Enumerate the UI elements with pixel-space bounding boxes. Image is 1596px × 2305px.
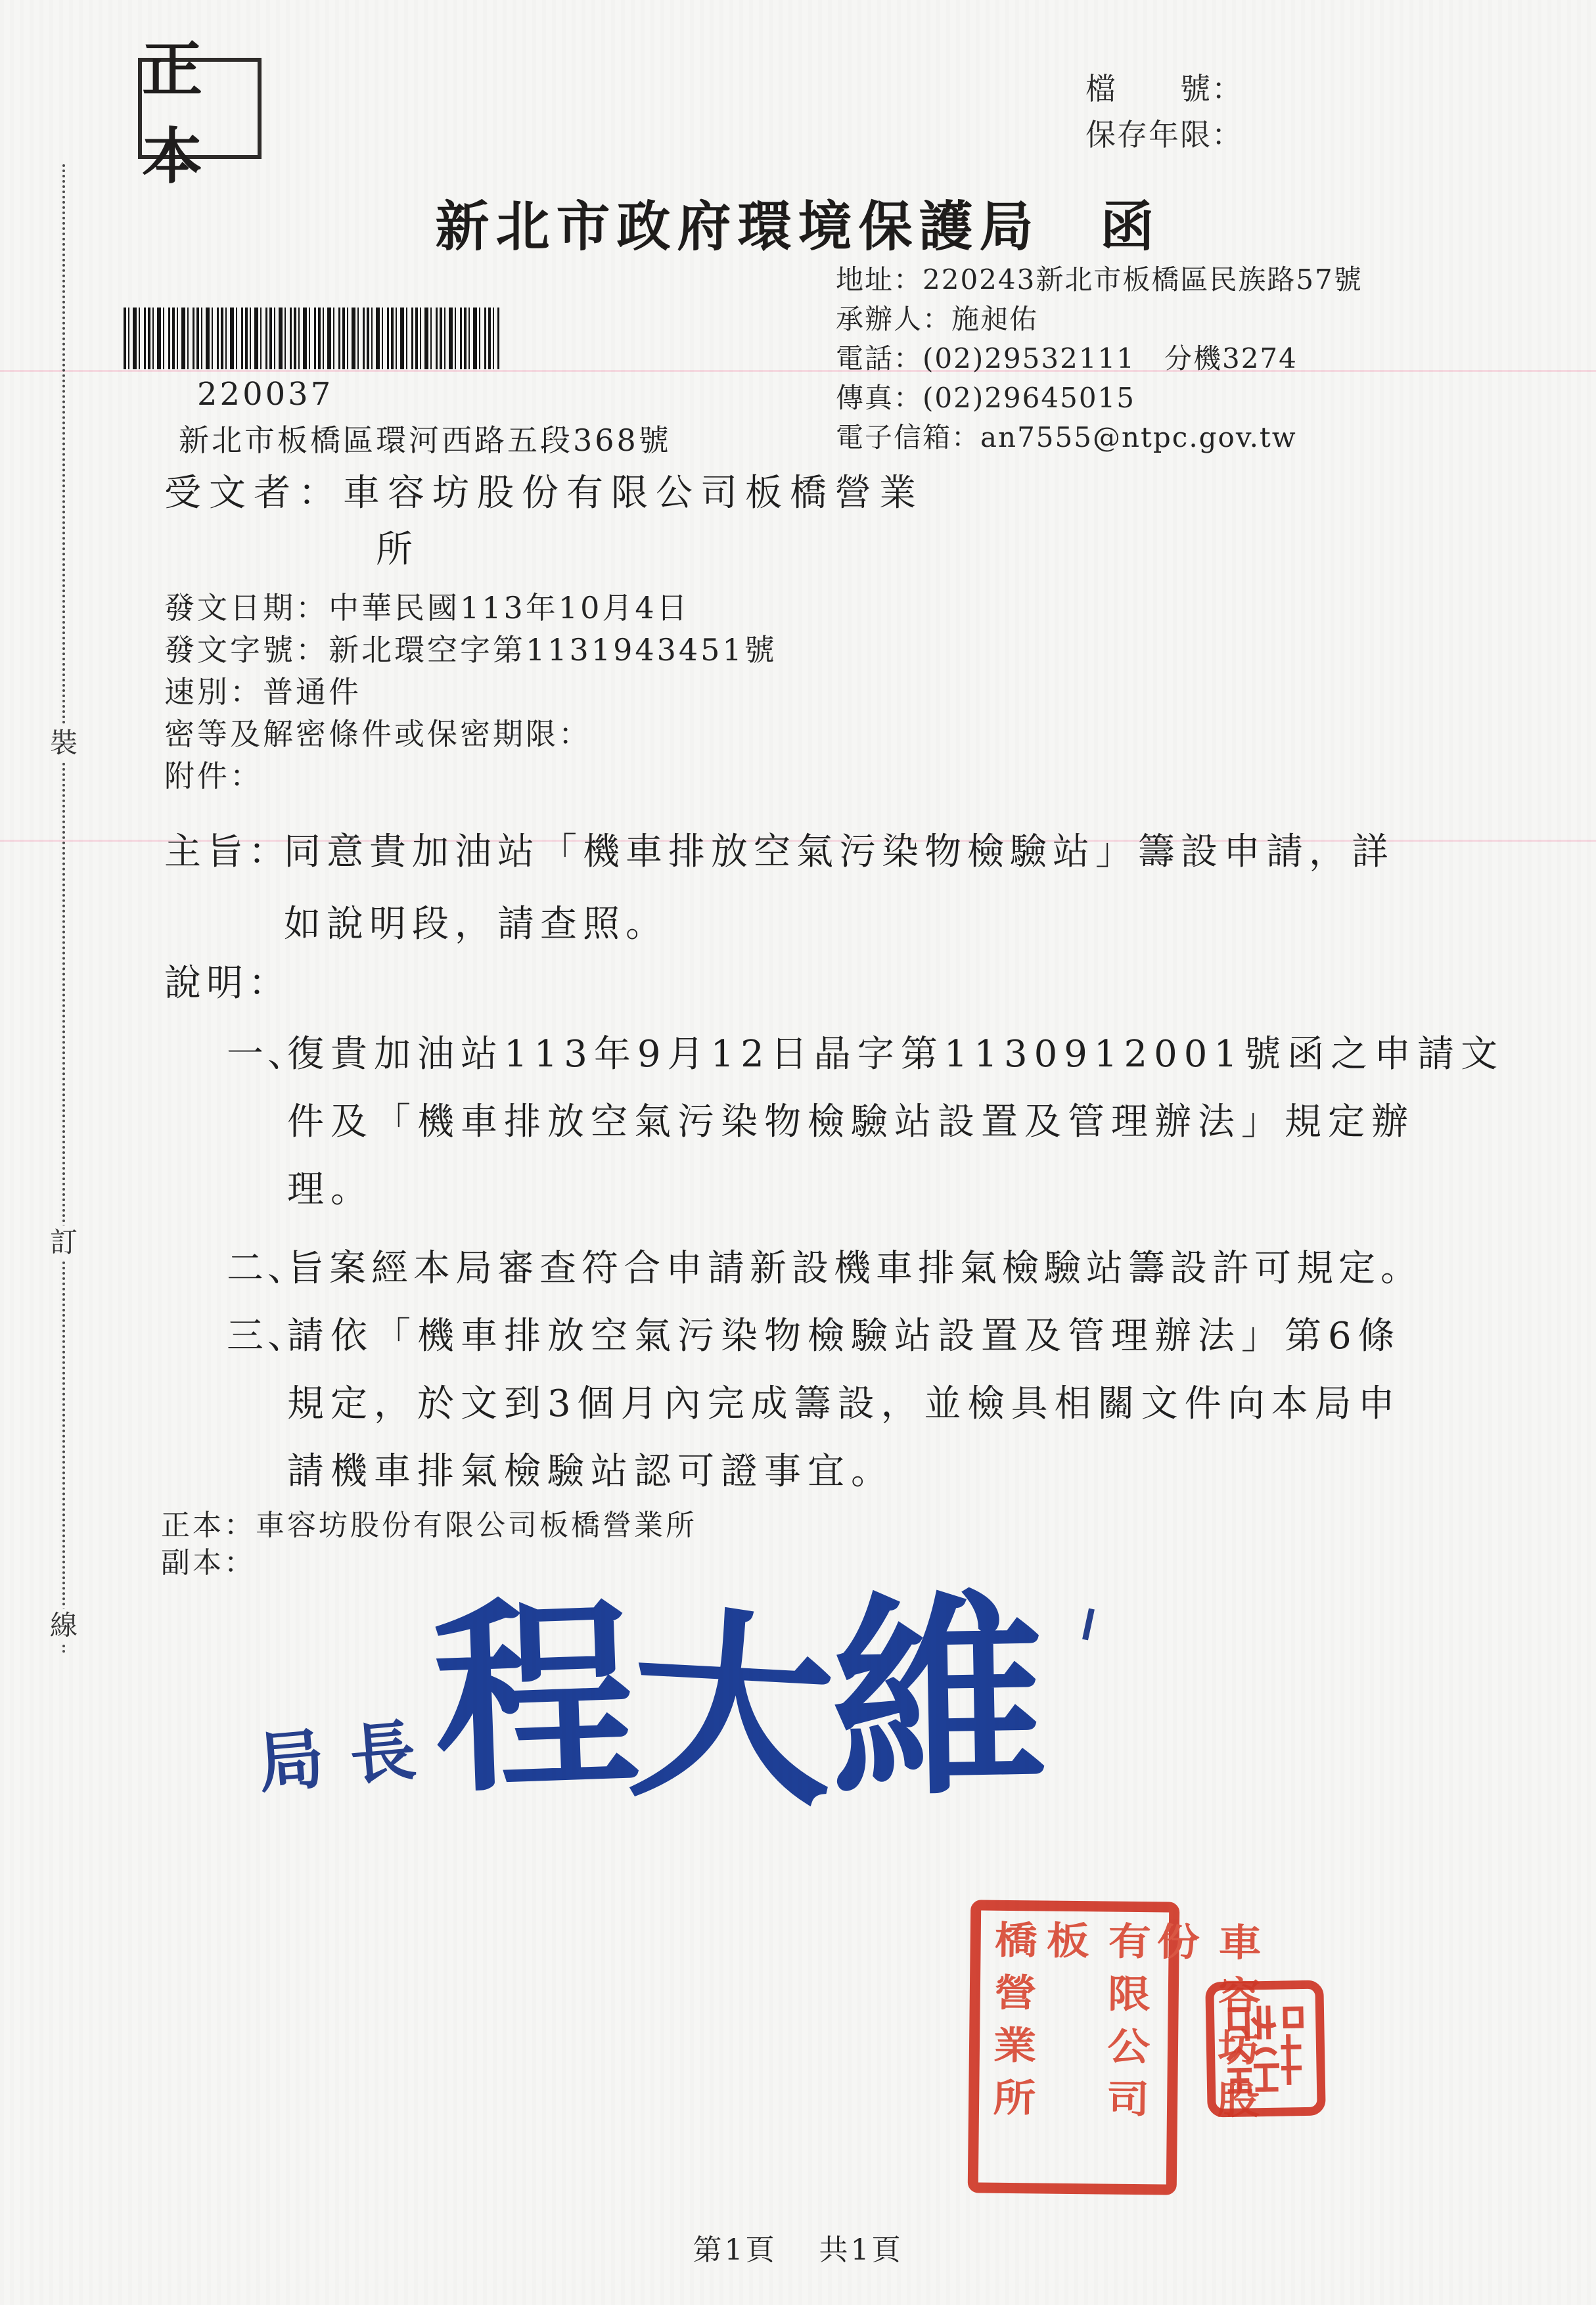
original-copy-label: 正本 xyxy=(142,22,258,195)
subject-line-1: 同意貴加油站「機車排放空氣污染物檢驗站」籌設申請，詳 xyxy=(284,823,1394,875)
page-current: 第1頁 xyxy=(693,2233,777,2267)
director-title-handwritten: 局長 xyxy=(254,1695,445,1806)
list-item-1-line-1: 復貴加油站113年9月12日晶字第1130912001號函之申請文 xyxy=(287,1025,1504,1078)
doc-number: 發文字號：新北環空字第1131943451號 xyxy=(164,629,777,671)
list-item-3-line-1: 請依「機車排放空氣污染物檢驗站設置及管理辦法」第6條 xyxy=(287,1307,1402,1359)
page-total: 共1頁 xyxy=(819,2233,903,2267)
list-item-1-line-2: 件及「機車排放空氣污染物檢驗站設置及管理辦法」規定辦 xyxy=(287,1093,1415,1145)
original-copy-line: 正本：車容坊股份有限公司板橋營業所 xyxy=(161,1501,697,1543)
company-seal-column-2: 有限公司板 xyxy=(1031,1920,1157,2175)
list-item-2-line-1: 旨案經本局審查符合申請新設機車排氣檢驗站籌設許可規定。 xyxy=(287,1239,1423,1292)
agency-contact-block: 地址：220243新北市板橋區民族路57號 承辦人：施昶佑 電話：(02)295… xyxy=(836,260,1363,457)
barcode xyxy=(124,308,499,369)
personal-seal-glyphs xyxy=(1222,1997,1310,2101)
fax: 傳真：(02)29645015 xyxy=(836,378,1363,418)
letter-meta-block: 發文日期：中華民國113年10月4日 發文字號：新北環空字第1131943451… xyxy=(164,587,777,797)
file-header: 檔 號： 保存年限： xyxy=(1085,66,1243,158)
recipient-street-address: 新北市板橋區環河西路五段368號 xyxy=(179,417,672,460)
signature-char: 程 xyxy=(430,1593,641,1804)
file-no-label: 檔 號： xyxy=(1085,66,1243,112)
personal-seal xyxy=(1205,1980,1326,2117)
retention-label: 保存年限： xyxy=(1085,112,1243,158)
company-seal: 車容坊股份 有限公司板 橋營業所 xyxy=(968,1900,1180,2195)
recipient-line-2: 所 xyxy=(376,520,421,573)
list-item-3-line-3: 請機車排氣檢驗站認可證事宜。 xyxy=(287,1442,894,1495)
signature-char: 大 xyxy=(625,1603,839,1817)
binding-mark-ding: 訂 xyxy=(49,1225,79,1260)
binding-mark-xian: 線 xyxy=(49,1609,79,1643)
scanned-official-letter: 正本 檔 號： 保存年限： 新北市政府環境保護局 函 地址：220243新北市板… xyxy=(0,0,1596,2305)
binding-dotted-line xyxy=(62,164,65,1655)
email: 電子信箱：an7555@ntpc.gov.tw xyxy=(836,418,1363,457)
signature-ink-tick xyxy=(1082,1609,1095,1641)
barcode-number: 220037 xyxy=(197,376,333,413)
case-officer: 承辦人：施昶佑 xyxy=(836,300,1363,339)
company-seal-column-3: 橋營業所 xyxy=(979,1920,1043,2174)
attachment: 附件： xyxy=(164,755,777,797)
list-item-1-line-3: 理。 xyxy=(287,1160,374,1213)
phone: 電話：(02)29532111 分機3274 xyxy=(836,339,1363,378)
subject-label: 主旨： xyxy=(164,823,290,875)
subject-line-2: 如說明段，請查照。 xyxy=(284,895,668,947)
agency-address: 地址：220243新北市板橋區民族路57號 xyxy=(836,260,1363,300)
cc-copy-line: 副本： xyxy=(161,1539,256,1581)
binding-mark-zhuang: 裝 xyxy=(49,726,79,760)
explanation-label: 說明： xyxy=(164,954,290,1007)
signature-char: 維 xyxy=(829,1595,1049,1802)
page-footer: 第1頁共1頁 xyxy=(0,2226,1596,2268)
director-signature: 程 大 維 xyxy=(434,1597,1047,1800)
recipient-line-1: 受文者：車容坊股份有限公司板橋營業 xyxy=(164,464,924,516)
list-item-3-line-2: 規定，於文到3個月內完成籌設，並檢具相關文件向本局申 xyxy=(287,1375,1402,1427)
issue-date: 發文日期：中華民國113年10月4日 xyxy=(164,587,777,629)
document-title: 新北市政府環境保護局 函 xyxy=(0,184,1596,261)
security-class: 密等及解密條件或保密期限： xyxy=(164,713,777,755)
original-copy-stamp: 正本 xyxy=(138,58,262,159)
speed-class: 速別：普通件 xyxy=(164,671,777,713)
